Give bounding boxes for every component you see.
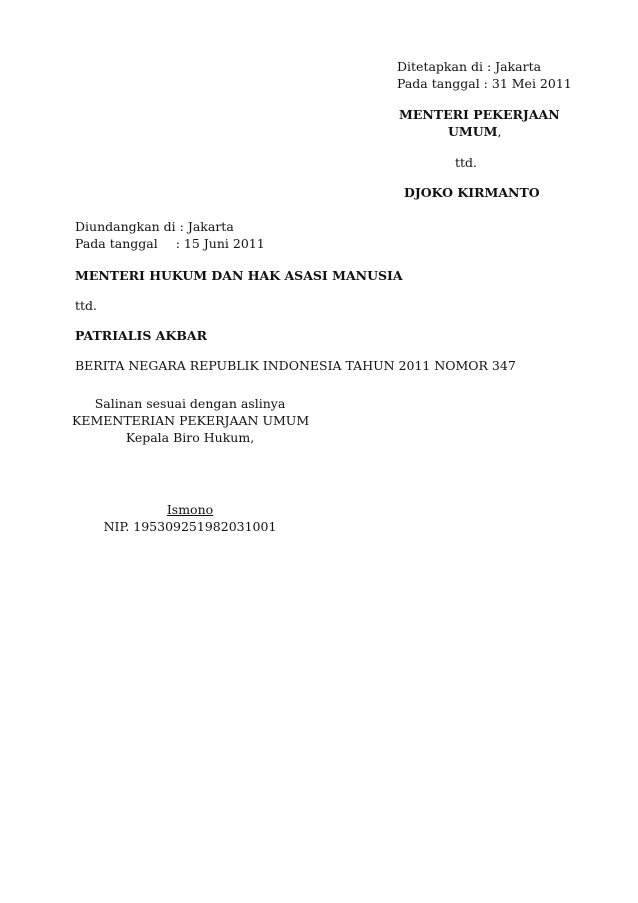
date-value: : 15 Juni 2011 bbox=[176, 236, 265, 251]
minister-title-line1: MENTERI PEKERJAAN bbox=[399, 106, 560, 123]
minister-name: DJOKO KIRMANTO bbox=[404, 184, 540, 201]
date-of-enactment: Pada tanggal : 31 Mei 2011 bbox=[397, 75, 572, 92]
bureau-head-title: Kepala Biro Hukum, bbox=[72, 429, 308, 446]
minister-signature: ttd. bbox=[455, 154, 477, 171]
minister-title-comma: , bbox=[497, 124, 501, 139]
date-label: Pada tanggal bbox=[75, 236, 158, 251]
law-minister-signature: ttd. bbox=[75, 297, 97, 314]
law-minister-title: MENTERI HUKUM DAN HAK ASASI MANUSIA bbox=[75, 267, 403, 284]
certified-copy-statement: Salinan sesuai dengan aslinya bbox=[72, 395, 308, 412]
minister-title-umum: UMUM bbox=[448, 124, 497, 139]
state-gazette-reference: BERITA NEGARA REPUBLIK INDONESIA TAHUN 2… bbox=[75, 357, 516, 374]
certifier-name-text: Ismono bbox=[167, 502, 213, 517]
ministry-name: KEMENTERIAN PEKERJAAN UMUM bbox=[72, 412, 308, 429]
place-of-promulgation: Diundangkan di : Jakarta bbox=[75, 218, 234, 235]
minister-title-line2: UMUM, bbox=[448, 123, 501, 140]
law-minister-name: PATRIALIS AKBAR bbox=[75, 327, 207, 344]
place-of-enactment: Ditetapkan di : Jakarta bbox=[397, 58, 541, 75]
certifier-name: Ismono bbox=[72, 501, 308, 518]
date-of-promulgation: Pada tanggal: 15 Juni 2011 bbox=[75, 235, 265, 252]
certifier-nip: NIP. 195309251982031001 bbox=[72, 518, 308, 535]
